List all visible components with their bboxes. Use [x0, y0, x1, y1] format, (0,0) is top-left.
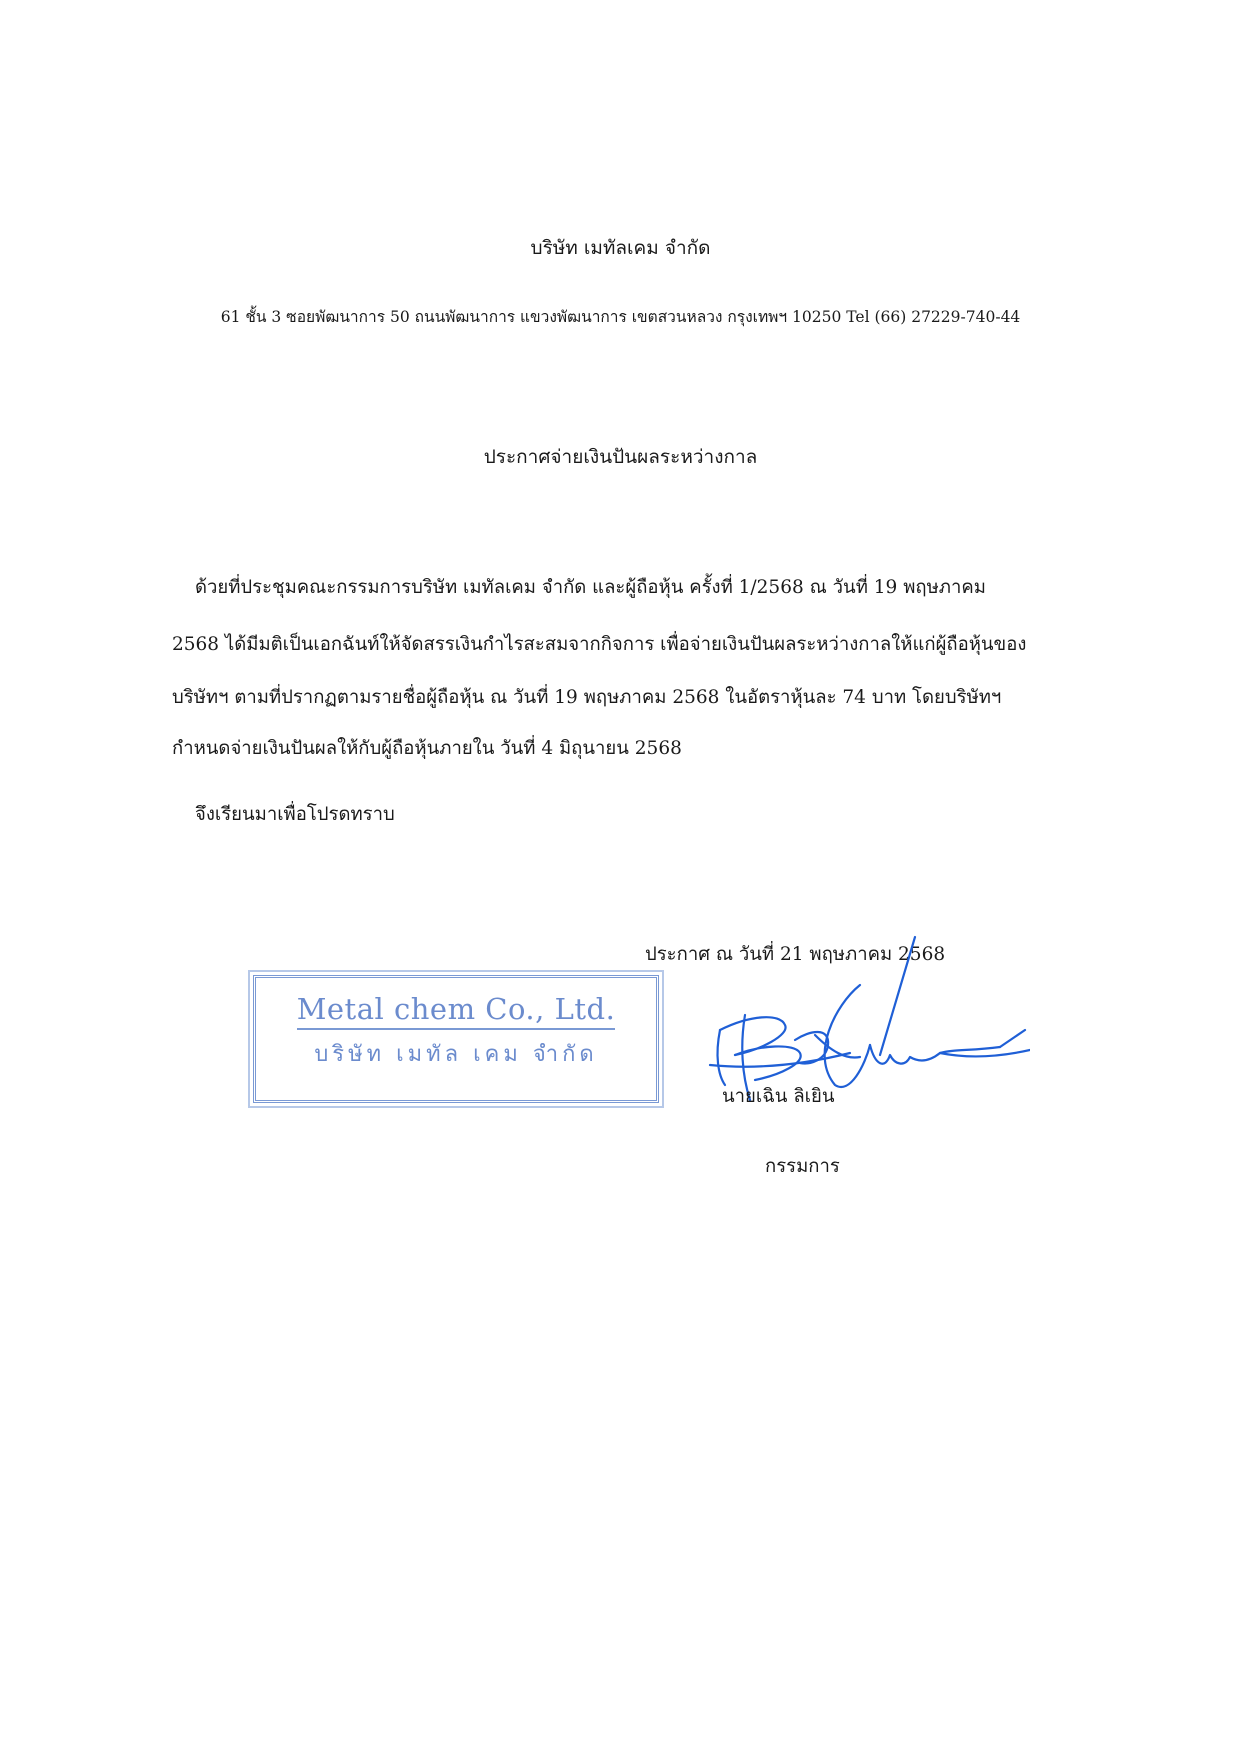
company-name: บริษัท เมทัลเคม จำกัด	[0, 233, 1241, 263]
body-paragraph-line: บริษัทฯ ตามที่ปรากฏตามรายชื่อผู้ถือหุ้น …	[172, 683, 1001, 712]
company-address: 61 ชั้น 3 ซอยพัฒนาการ 50 ถนนพัฒนาการ แขว…	[0, 304, 1241, 329]
body-paragraph-line: กำหนดจ่ายเงินปันผลให้กับผู้ถือหุ้นภายใน …	[172, 734, 682, 763]
document-title: ประกาศจ่ายเงินปันผลระหว่างกาล	[0, 442, 1241, 472]
body-paragraph-line: 2568 ได้มีมติเป็นเอกฉันท์ให้จัดสรรเงินกำ…	[172, 630, 1026, 659]
signer-title: กรรมการ	[765, 1152, 840, 1181]
company-stamp: Metal chem Co., Ltd. บริษัท เมทัล เคม จำ…	[253, 975, 659, 1103]
signer-name: นายเฉิน ลิเยิน	[722, 1082, 834, 1111]
stamp-english-name: Metal chem Co., Ltd.	[297, 992, 616, 1030]
stamp-thai-name: บริษัท เมทัล เคม จำกัด	[256, 1036, 656, 1071]
document-page: บริษัท เมทัลเคม จำกัด 61 ชั้น 3 ซอยพัฒนา…	[0, 0, 1241, 1755]
body-paragraph-line: ด้วยที่ประชุมคณะกรรมการบริษัท เมทัลเคม จ…	[195, 573, 986, 602]
closing-sentence: จึงเรียนมาเพื่อโปรดทราบ	[195, 800, 395, 829]
